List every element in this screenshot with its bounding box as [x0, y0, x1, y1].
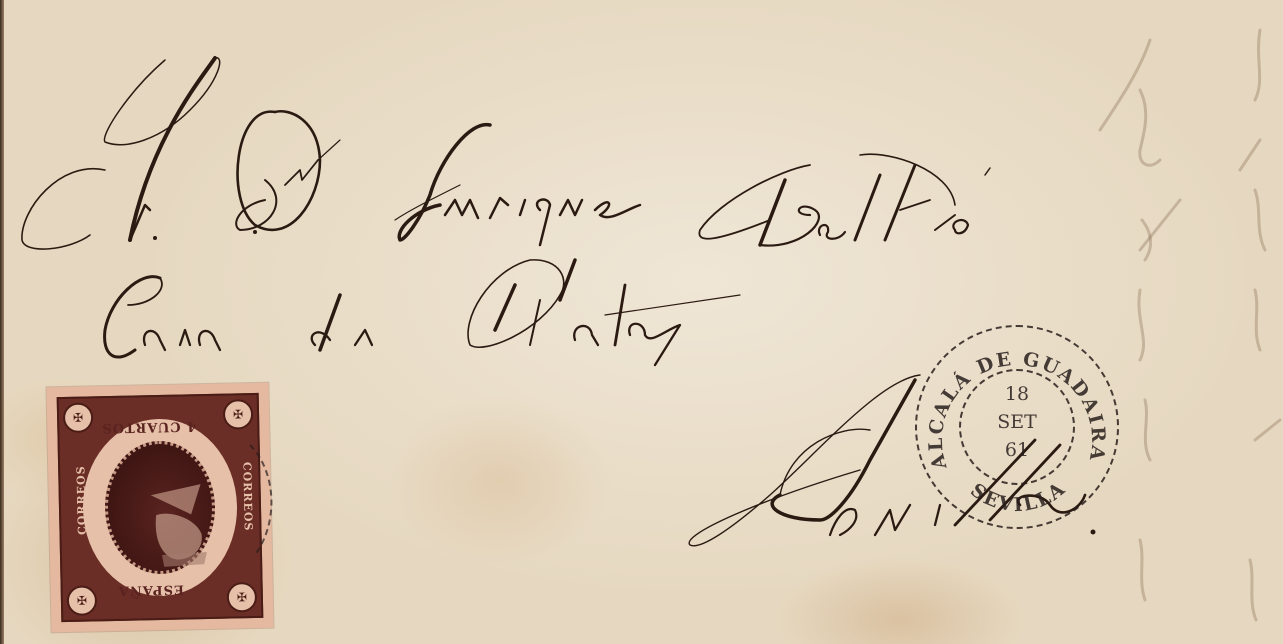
date-postmark: ALCALÁ DE GUADAIRA SEVILLA 18 SET 61 [915, 325, 1119, 529]
address-line2-pilatos [468, 260, 740, 365]
stamp-corner-ornament-icon: ✠ [223, 399, 254, 430]
postmark-year: 61 [961, 439, 1073, 461]
address-line1-sr [22, 58, 220, 249]
stamp-corner-ornament-icon: ✠ [63, 402, 94, 433]
stamp-country: ESPAÑA [118, 582, 184, 598]
stamp-corner-ornament-icon: ✠ [67, 585, 98, 616]
address-line1: Sr. D.n Enrique Beltrán [0, 0, 1, 1]
stamp-side-left: CORREOS [74, 465, 88, 535]
address-line1-enrique [395, 125, 640, 245]
postmark-month: SET [961, 411, 1073, 433]
postmark-day: 18 [961, 383, 1073, 405]
address-line2-casa-de [105, 277, 372, 357]
stamp-cancel-arc [245, 440, 285, 560]
stamp-frame: 4 CUARTOS ESPAÑA CORREOS CORREOS ✠ ✠ ✠ ✠ [57, 393, 264, 622]
stamp-denomination: 4 CUARTOS [101, 418, 196, 435]
envelope: Sr. D.n Enrique Beltrán Casa de Pilatos … [0, 0, 1283, 644]
address-line1-don [236, 111, 340, 234]
postage-stamp: 4 CUARTOS ESPAÑA CORREOS CORREOS ✠ ✠ ✠ ✠ [46, 383, 273, 633]
queen-portrait-icon [130, 474, 222, 576]
address-line1-beltran [699, 154, 990, 245]
postmark-date-circle: 18 SET 61 [959, 369, 1075, 485]
stamp-corner-ornament-icon: ✠ [227, 582, 258, 613]
